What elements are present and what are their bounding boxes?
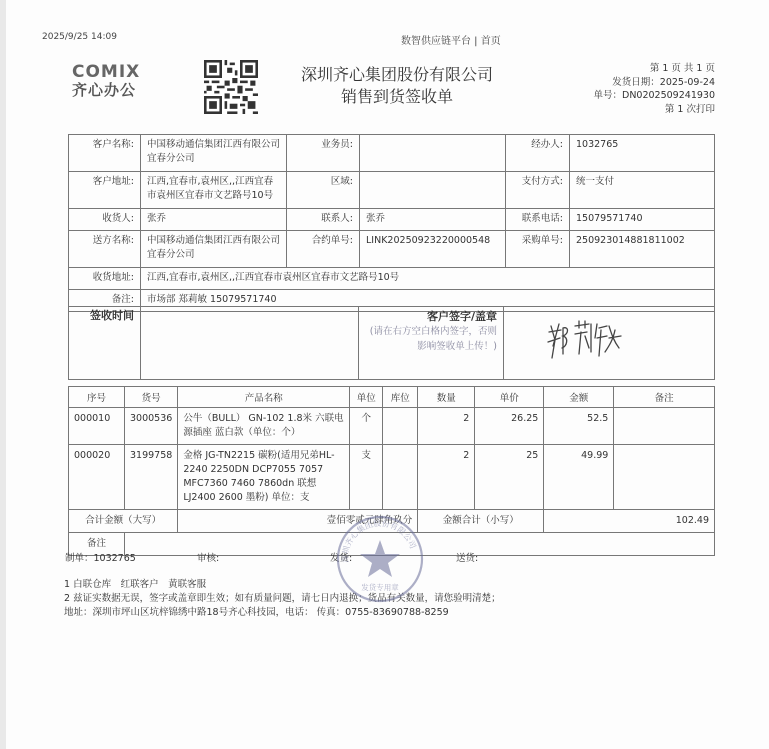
customer-name: 中国移动通信集团江西有限公司宜春分公司 — [141, 135, 287, 172]
table-row: 000020 3199758 金格 JG-TN2215 碳粉(适用兄弟HL-22… — [69, 445, 715, 510]
salesperson — [360, 135, 506, 172]
page-edge — [0, 0, 6, 749]
payment-method: 统一支付 — [570, 172, 715, 209]
item-price: 26.25 — [475, 408, 544, 445]
item-seq: 000010 — [69, 408, 125, 445]
item-seq: 000020 — [69, 445, 125, 510]
handler-label: 经办人: — [506, 135, 570, 172]
document-title: 销售到货签收单 — [292, 84, 502, 107]
contact-label: 联系人: — [287, 209, 360, 231]
phone: 15079571740 — [570, 209, 715, 231]
delivery-address: 江西,宜春市,袁州区,,江西宜春市袁州区宜春市文艺路号10号 — [141, 268, 715, 290]
deliverer: 送货: — [456, 550, 478, 564]
item-unit: 个 — [350, 408, 383, 445]
sign-time-label: 签收时间 — [69, 307, 141, 380]
document-meta: 第 1 页 共 1 页 发货日期：2025-09-24 单号：DN0202509… — [594, 62, 716, 116]
col-qty: 数量 — [418, 387, 475, 408]
maker: 制单：1032765 — [65, 550, 136, 564]
sender-label: 送方名称: — [69, 231, 141, 268]
print-timestamp: 2025/9/25 14:09 — [42, 32, 117, 42]
footer-notes: 1 白联仓库 红联客户 黄联客服 2 兹证实数据无误，签字或盖章即生效；如有质量… — [64, 578, 501, 620]
customer-name-label: 客户名称: — [69, 135, 141, 172]
customer-sign-label: 客户签字/盖章 — [365, 310, 497, 324]
company-logo: COMIX 齐心办公 — [72, 63, 162, 99]
company-name: 深圳齐心集团股份有限公司 — [292, 62, 502, 85]
item-name: 公牛（BULL） GN-102 1.8米 六联电源插座 蓝白款（单位：个） — [178, 408, 350, 445]
reviewer: 审核: — [197, 550, 219, 564]
qr-code-icon — [204, 60, 258, 114]
logo-en: COMIX — [72, 63, 162, 81]
col-location: 库位 — [383, 387, 418, 408]
total-lower-value: 102.49 — [544, 510, 715, 533]
delivery-address-label: 收货地址: — [69, 268, 141, 290]
col-amount: 金额 — [544, 387, 614, 408]
item-note — [614, 445, 715, 510]
customer-info-table: 客户名称: 中国移动通信集团江西有限公司宜春分公司 业务员: 经办人: 1032… — [68, 134, 715, 312]
sign-hint: (请在右方空白格内签字，否则影响签收单上传！) — [365, 324, 497, 354]
page-info: 第 1 页 共 1 页 — [594, 62, 716, 76]
po-number: 250923014881811002 — [570, 231, 715, 268]
order-number: 单号：DN0202509241930 — [594, 89, 716, 103]
customer-address: 江西,宜春市,袁州区,,江西宜春市袁州区宜春市文艺路号10号 — [141, 172, 287, 209]
customer-sign-label-cell: 客户签字/盖章 (请在右方空白格内签字，否则影响签收单上传！) — [359, 307, 504, 380]
col-unit: 单位 — [350, 387, 383, 408]
col-product: 产品名称 — [178, 387, 350, 408]
contract-number: LINK20250923220000548 — [360, 231, 506, 268]
contract-label: 合约单号: — [287, 231, 360, 268]
item-unit: 支 — [350, 445, 383, 510]
payment-label: 支付方式: — [506, 172, 570, 209]
company-seal-stamp: 深圳齐心集团股份有限公司 发货专用章 — [335, 514, 425, 604]
phone-label: 联系电话: — [506, 209, 570, 231]
col-price: 单价 — [475, 387, 544, 408]
item-amount: 52.5 — [544, 408, 614, 445]
consignee: 张乔 — [141, 209, 287, 231]
consignee-label: 收货人: — [69, 209, 141, 231]
print-count: 第 1 次打印 — [594, 103, 716, 117]
page-header-title: 数智供应链平台 | 首页 — [401, 32, 501, 47]
salesperson-label: 业务员: — [287, 135, 360, 172]
item-qty: 2 — [418, 445, 475, 510]
item-location — [383, 408, 418, 445]
item-code: 3199758 — [125, 445, 178, 510]
svg-text:发货专用章: 发货专用章 — [361, 582, 399, 592]
handwritten-signature: 郑莉敏 — [545, 318, 625, 364]
note-terms: 2 兹证实数据无误，签字或盖章即生效；如有质量问题，请七日内退换；货品有关数量，… — [64, 592, 501, 606]
ship-date: 发货日期：2025-09-24 — [594, 76, 716, 90]
region — [360, 172, 506, 209]
item-amount: 49.99 — [544, 445, 614, 510]
col-note: 备注 — [614, 387, 715, 408]
table-row: 000010 3000536 公牛（BULL） GN-102 1.8米 六联电源… — [69, 408, 715, 445]
total-lower-label: 金额合计（小写） — [418, 510, 544, 533]
sender: 中国移动通信集团江西有限公司宜春分公司 — [141, 231, 287, 268]
item-name: 金格 JG-TN2215 碳粉(适用兄弟HL-2240 2250DN DCP70… — [178, 445, 350, 510]
region-label: 区域: — [287, 172, 360, 209]
item-code: 3000536 — [125, 408, 178, 445]
logo-cn: 齐心办公 — [72, 81, 162, 99]
contact: 张乔 — [360, 209, 506, 231]
col-seq: 序号 — [69, 387, 125, 408]
note-copies: 1 白联仓库 红联客户 黄联客服 — [64, 578, 501, 592]
item-location — [383, 445, 418, 510]
handler: 1032765 — [570, 135, 715, 172]
items-header-row: 序号 货号 产品名称 单位 库位 数量 单价 金额 备注 — [69, 387, 715, 408]
company-address: 地址：深圳市坪山区坑梓锦绣中路18号齐心科技园，电话： 传真：0755-8369… — [64, 606, 501, 620]
customer-address-label: 客户地址: — [69, 172, 141, 209]
col-code: 货号 — [125, 387, 178, 408]
sign-time-field[interactable] — [141, 307, 359, 380]
item-price: 25 — [475, 445, 544, 510]
po-label: 采购单号: — [506, 231, 570, 268]
total-upper-label: 合计金额（大写） — [69, 510, 178, 533]
item-qty: 2 — [418, 408, 475, 445]
item-note — [614, 408, 715, 445]
